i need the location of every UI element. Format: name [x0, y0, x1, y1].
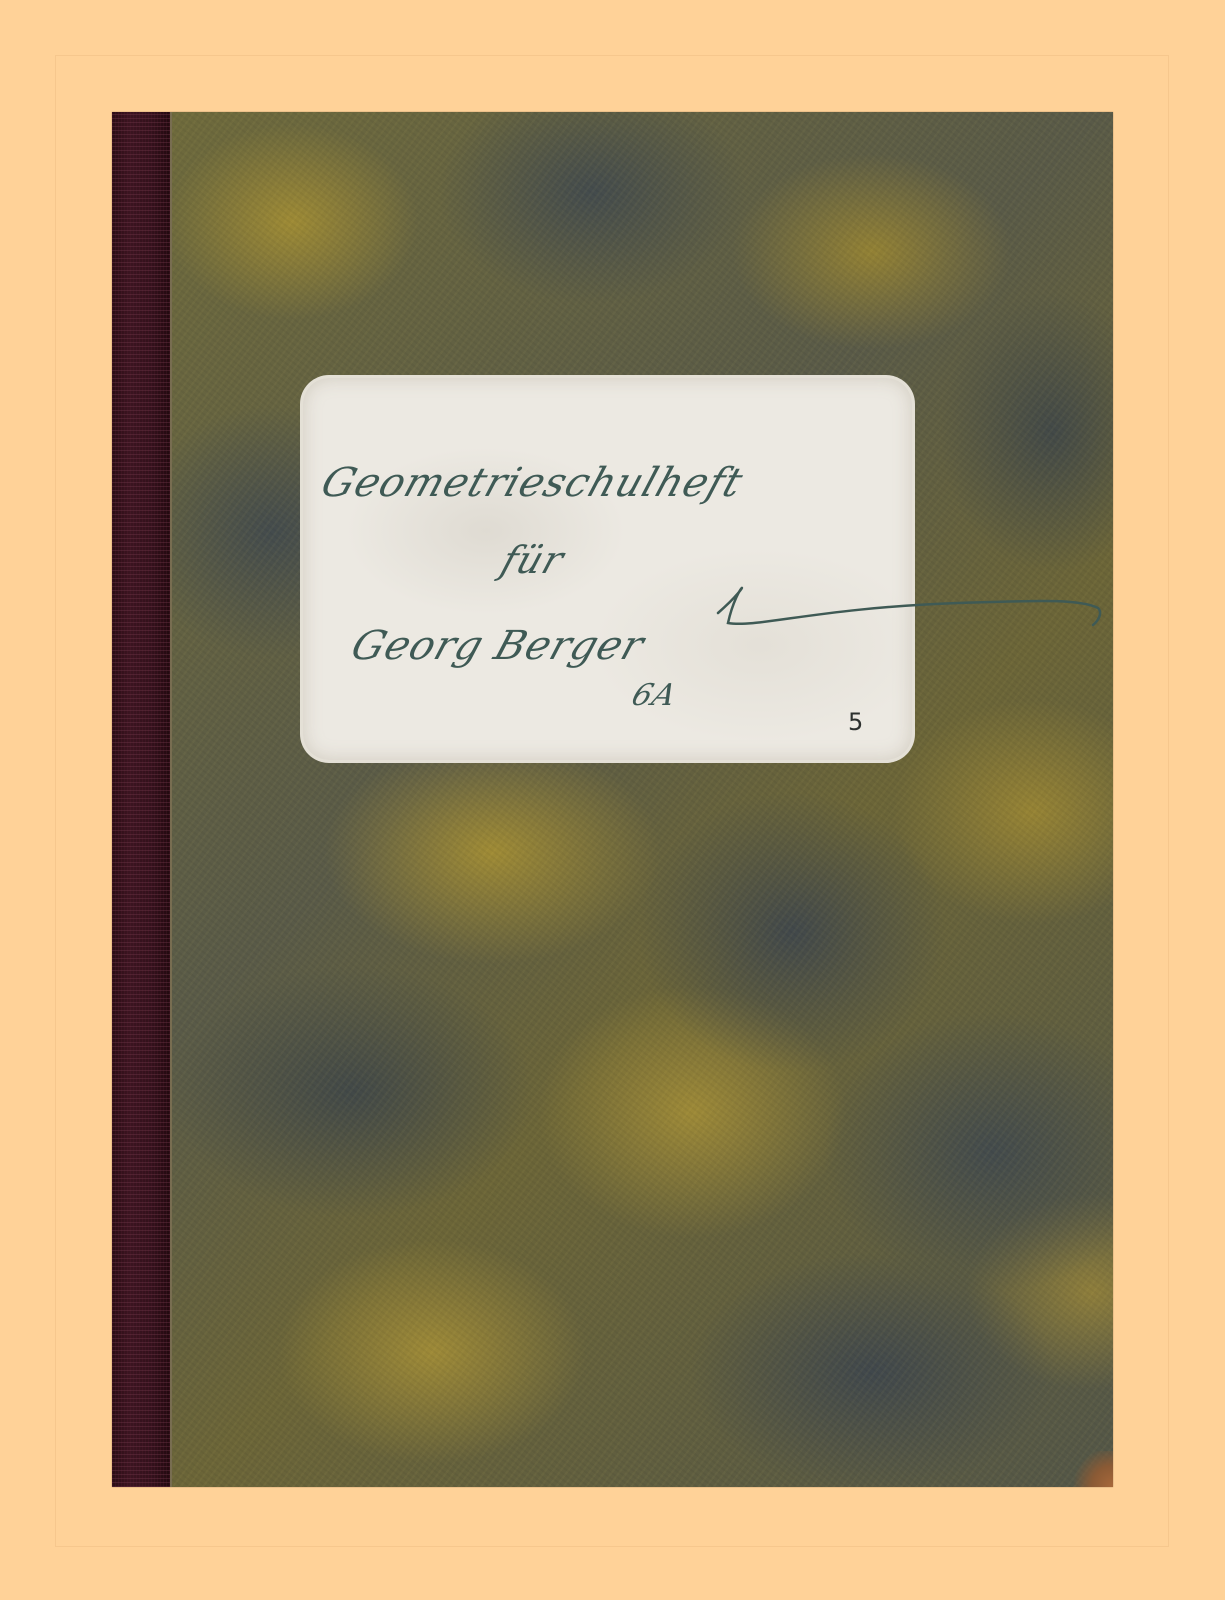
label-class: 6A — [627, 678, 681, 713]
label-number: 5 — [848, 708, 864, 736]
signature-flourish — [698, 583, 1118, 643]
cover-label: Geometrieschulheft für Georg Berger 6A 5 — [303, 378, 912, 760]
label-for: für — [496, 538, 570, 582]
label-owner-name: Georg Berger — [346, 623, 651, 669]
cover-texture — [172, 112, 1113, 1487]
worn-corner — [1073, 1451, 1113, 1487]
marbled-cover — [172, 112, 1113, 1487]
book-spine — [112, 112, 170, 1487]
notebook-cover — [112, 112, 1113, 1487]
label-title: Geometrieschulheft — [316, 460, 749, 506]
